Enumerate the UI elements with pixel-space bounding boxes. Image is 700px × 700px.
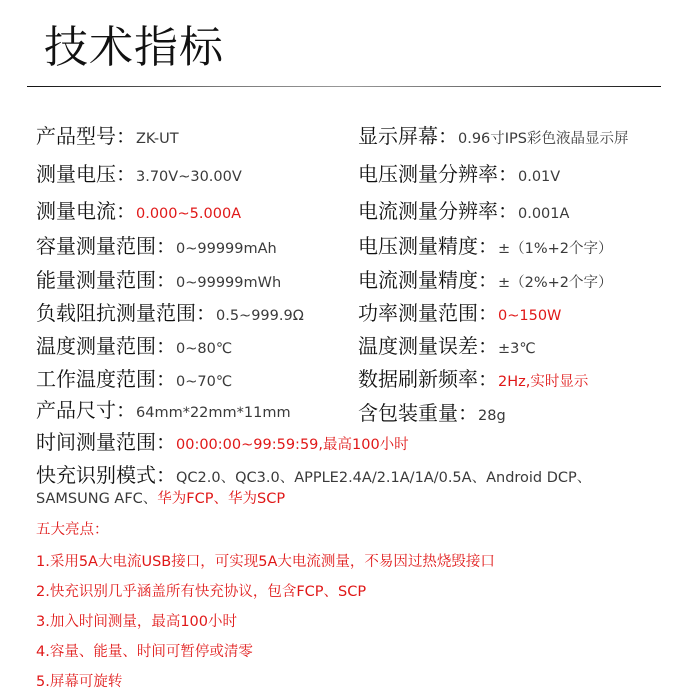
- spec-weight: 含包装重量：28g: [358, 397, 506, 426]
- highlight-item: 2.快充识别几乎涵盖所有快充协议，包含FCP、SCP: [36, 580, 366, 601]
- spec-value: ±3℃: [498, 341, 536, 357]
- spec-value: 2Hz,实时显示: [498, 374, 588, 390]
- spec-label: 显示屏幕：: [358, 124, 458, 148]
- spec-label: 电流测量分辨率：: [358, 199, 518, 223]
- spec-value: ±（2%+2个字）: [498, 275, 613, 291]
- spec-value: SAMSUNG AFC、: [36, 491, 157, 507]
- spec-current-accuracy: 电流测量精度：±（2%+2个字）: [358, 264, 613, 293]
- spec-value: 0~99999mWh: [176, 275, 281, 291]
- spec-value: ZK-UT: [136, 131, 179, 147]
- spec-fast-charge: 快充识别模式：QC2.0、QC3.0、APPLE2.4A/2.1A/1A/0.5…: [36, 459, 591, 488]
- spec-value-highlight: 华为FCP、华为SCP: [157, 491, 285, 507]
- spec-time-range: 时间测量范围：00:00:00~99:59:59,最高100小时: [36, 426, 409, 455]
- spec-value: 0.000~5.000A: [136, 206, 241, 222]
- spec-label: 能量测量范围：: [36, 268, 176, 292]
- spec-voltage-accuracy: 电压测量精度：±（1%+2个字）: [358, 230, 613, 259]
- spec-capacity: 容量测量范围：0~99999mAh: [36, 230, 277, 259]
- spec-label: 产品型号：: [36, 124, 136, 148]
- spec-voltage-resolution: 电压测量分辨率：0.01V: [358, 158, 560, 187]
- spec-fast-charge-cont: SAMSUNG AFC、华为FCP、华为SCP: [36, 487, 285, 508]
- spec-label: 快充识别模式：: [36, 463, 176, 487]
- highlight-item: 3.加入时间测量，最高100小时: [36, 610, 237, 631]
- spec-label: 功率测量范围：: [358, 301, 498, 325]
- spec-label: 电压测量分辨率：: [358, 162, 518, 186]
- spec-display: 显示屏幕：0.96寸IPS彩色液晶显示屏: [358, 120, 629, 149]
- spec-label: 测量电压：: [36, 162, 136, 186]
- highlight-item: 5.屏幕可旋转: [36, 670, 122, 691]
- spec-label: 产品尺寸：: [36, 398, 136, 422]
- spec-value: 0.01V: [518, 169, 560, 185]
- highlight-item: 4.容量、能量、时间可暂停或清零: [36, 640, 253, 661]
- spec-value: ±（1%+2个字）: [498, 241, 613, 257]
- highlights-heading: 五大亮点：: [36, 518, 109, 539]
- spec-voltage: 测量电压：3.70V~30.00V: [36, 158, 242, 187]
- spec-impedance: 负载阻抗测量范围：0.5~999.9Ω: [36, 297, 304, 326]
- page-title: 技术指标: [44, 22, 224, 74]
- spec-value: 00:00:00~99:59:59,最高100小时: [176, 437, 409, 453]
- spec-value: QC2.0、QC3.0、APPLE2.4A/2.1A/1A/0.5A、Andro…: [176, 470, 591, 486]
- spec-label: 数据刷新频率：: [358, 367, 498, 391]
- spec-label: 电流测量精度：: [358, 268, 498, 292]
- spec-value: 64mm*22mm*11mm: [136, 405, 291, 421]
- spec-label: 工作温度范围：: [36, 367, 176, 391]
- spec-value: 28g: [478, 408, 506, 424]
- spec-value: 0.001A: [518, 206, 569, 222]
- spec-value: 0~70℃: [176, 374, 232, 390]
- spec-value: 3.70V~30.00V: [136, 169, 242, 185]
- spec-model: 产品型号：ZK-UT: [36, 120, 179, 149]
- spec-label: 容量测量范围：: [36, 234, 176, 258]
- spec-label: 时间测量范围：: [36, 430, 176, 454]
- spec-label: 温度测量范围：: [36, 334, 176, 358]
- spec-label: 含包装重量：: [358, 401, 478, 425]
- spec-label: 负载阻抗测量范围：: [36, 301, 216, 325]
- spec-label: 温度测量误差：: [358, 334, 498, 358]
- spec-temp-range: 温度测量范围：0~80℃: [36, 330, 232, 359]
- title-divider: [27, 86, 661, 87]
- spec-current-resolution: 电流测量分辨率：0.001A: [358, 195, 569, 224]
- spec-current: 测量电流：0.000~5.000A: [36, 195, 241, 224]
- spec-temp-error: 温度测量误差：±3℃: [358, 330, 536, 359]
- spec-size: 产品尺寸：64mm*22mm*11mm: [36, 394, 291, 423]
- spec-value: 0.96寸IPS彩色液晶显示屏: [458, 131, 629, 147]
- spec-value: 0~150W: [498, 308, 561, 324]
- spec-energy: 能量测量范围：0~99999mWh: [36, 264, 281, 293]
- highlight-item: 1.采用5A大电流USB接口，可实现5A大电流测量，不易因过热烧毁接口: [36, 550, 495, 571]
- spec-value: 0~99999mAh: [176, 241, 277, 257]
- spec-refresh-rate: 数据刷新频率：2Hz,实时显示: [358, 363, 588, 392]
- spec-value: 0~80℃: [176, 341, 232, 357]
- spec-label: 电压测量精度：: [358, 234, 498, 258]
- spec-value: 0.5~999.9Ω: [216, 308, 304, 324]
- spec-label: 测量电流：: [36, 199, 136, 223]
- spec-work-temp: 工作温度范围：0~70℃: [36, 363, 232, 392]
- spec-power-range: 功率测量范围：0~150W: [358, 297, 561, 326]
